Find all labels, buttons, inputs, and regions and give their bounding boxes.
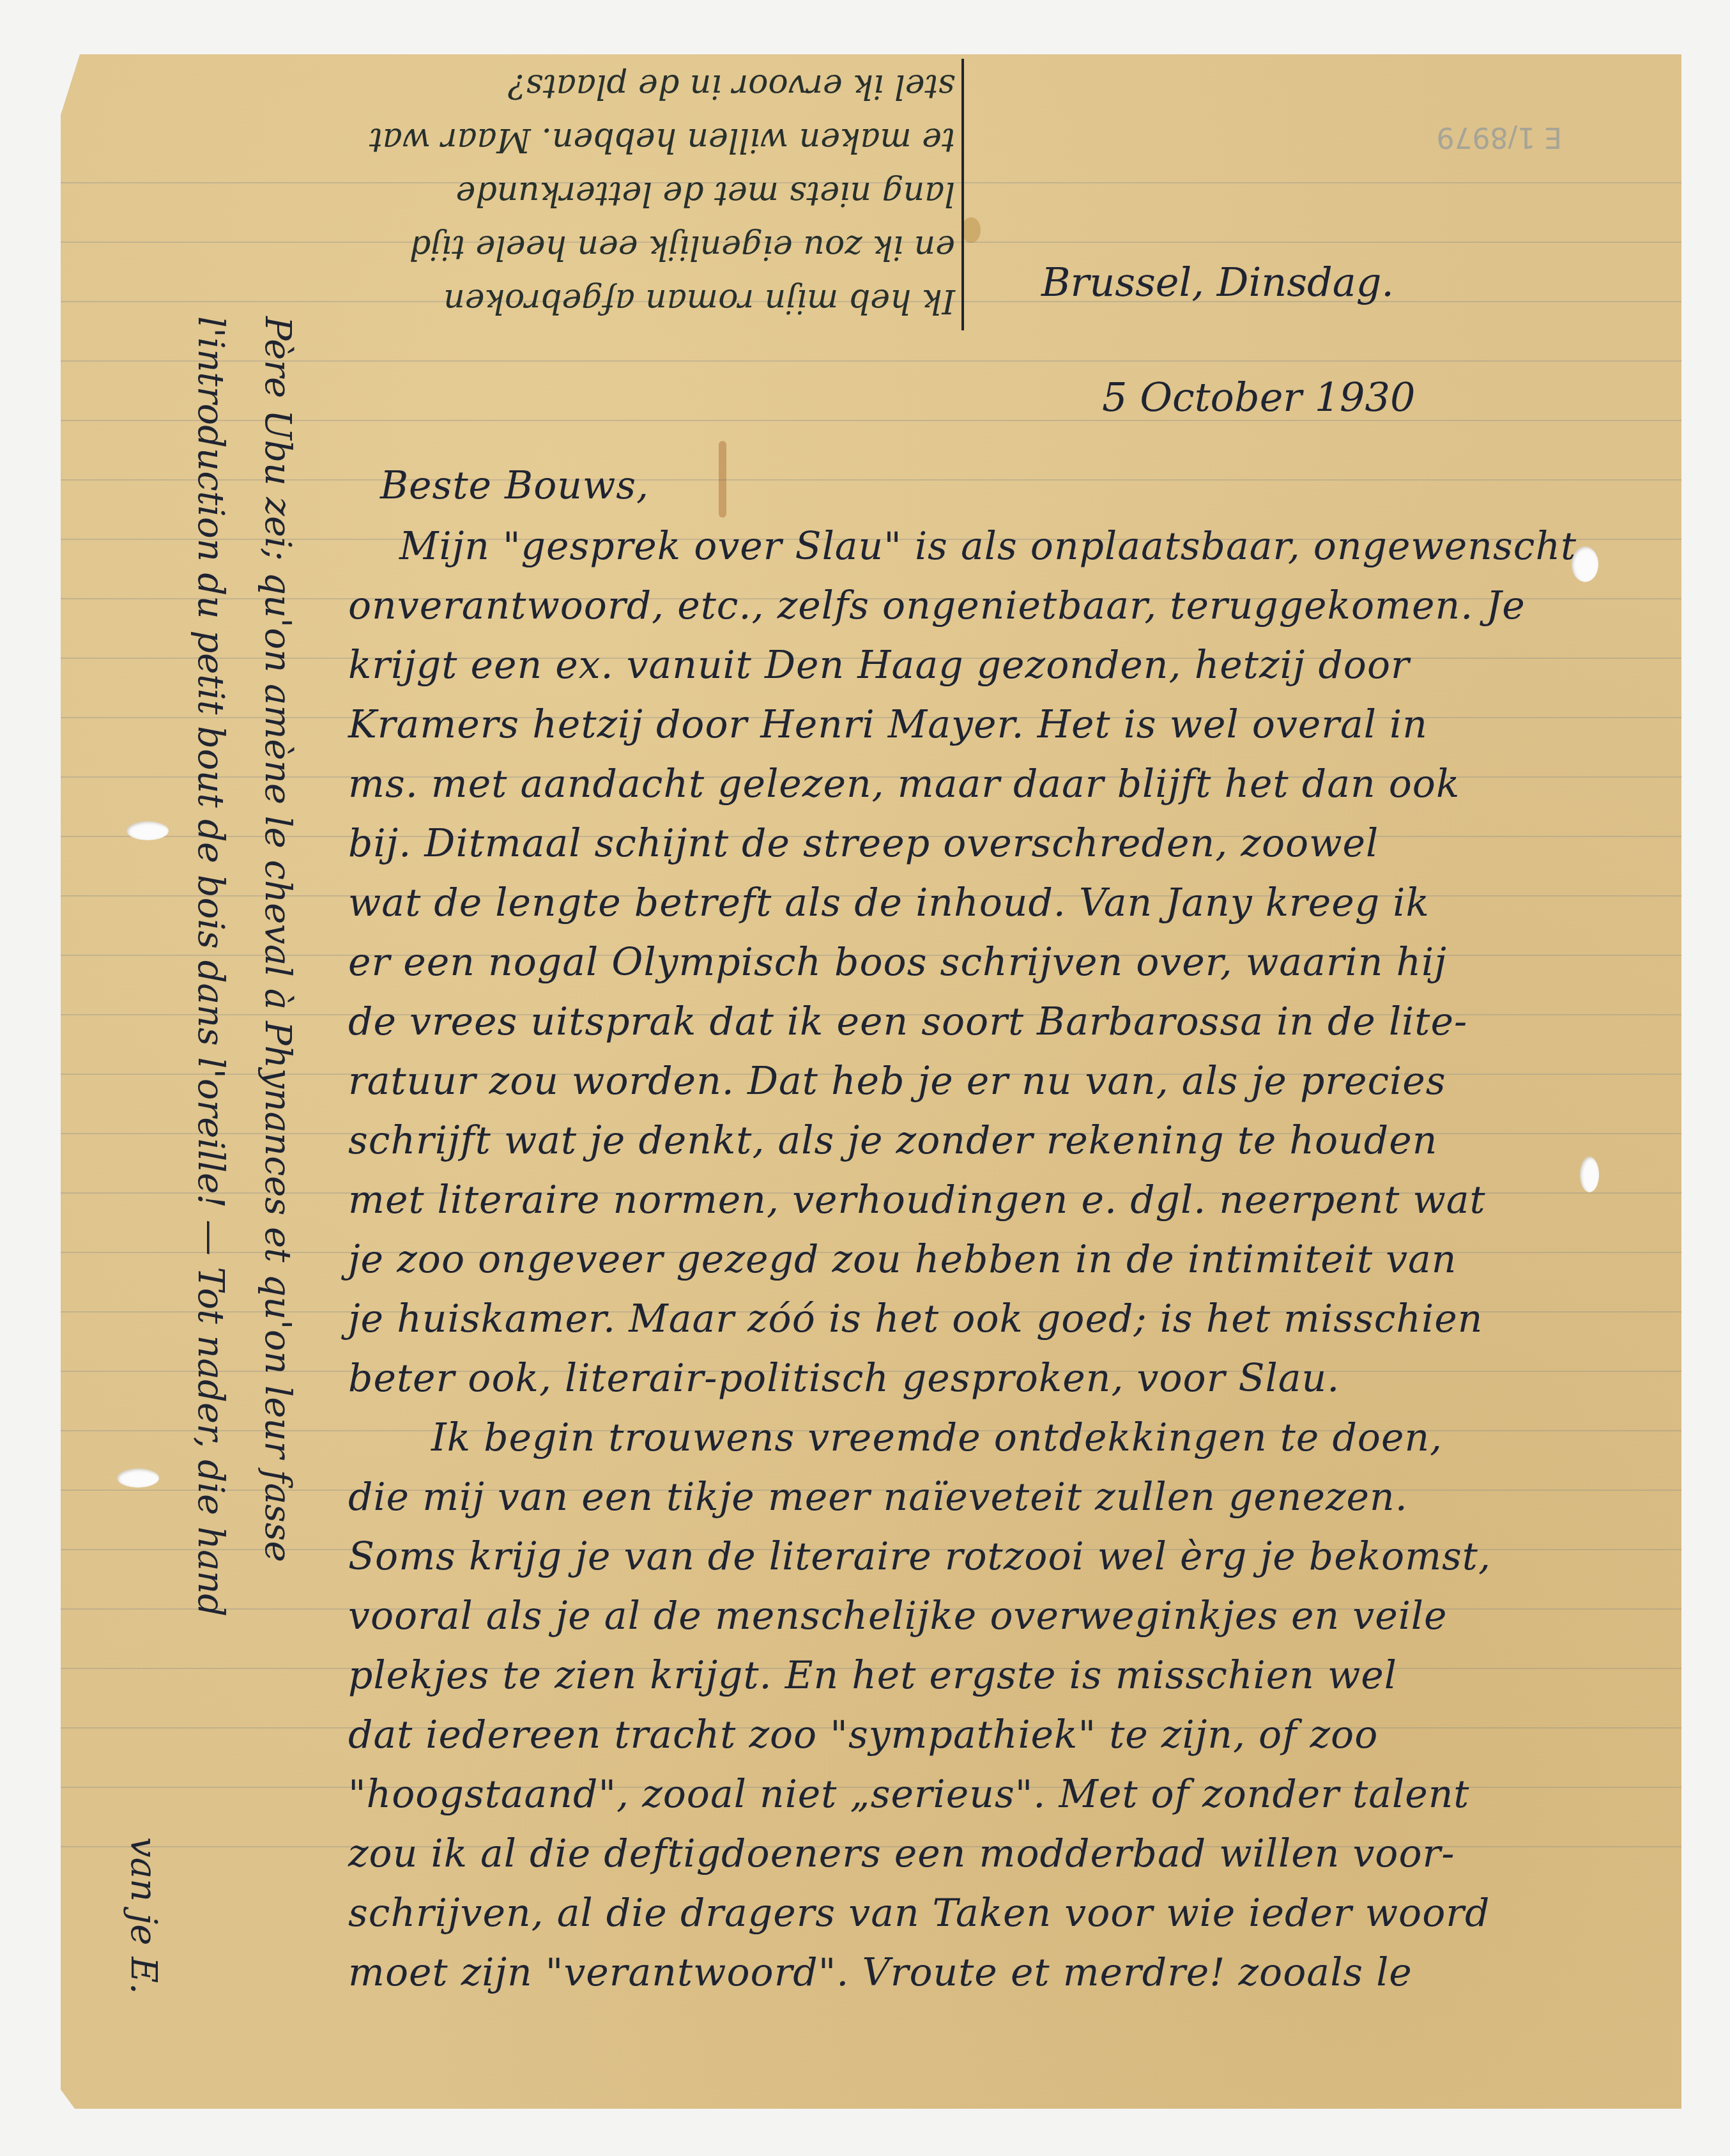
note-divider-line [961, 59, 964, 330]
body-line: vooral als je al de menschelijke overweg… [348, 1594, 1448, 1638]
note-line: lang niets met de letterkunde [323, 167, 955, 220]
body-line: die mij van een tikje meer naïeveteit zu… [348, 1475, 1408, 1520]
margin-line: l'introduction du petit bout de bois dan… [177, 316, 244, 2125]
body-line: beter ook, literair-politisch gesproken,… [348, 1356, 1340, 1401]
place-day: Brussel, Dinsdag. [1041, 259, 1394, 305]
punch-hole [117, 1468, 159, 1488]
body-line: plekjes te zien krijgt. En het ergste is… [348, 1653, 1397, 1698]
body-line: Ik begin trouwens vreemde ontdekkingen t… [431, 1415, 1443, 1460]
body-line: onverantwoord, etc., zelfs ongenietbaar,… [348, 583, 1526, 628]
body-line: met literaire normen, verhoudingen e. dg… [348, 1178, 1486, 1222]
body-line: Soms krijg je van de literaire rotzooi w… [348, 1534, 1491, 1579]
body-line: bij. Ditmaal schijnt de streep overschre… [348, 821, 1379, 866]
punch-hole [126, 821, 169, 840]
upside-down-note: Ik heb mijn roman afgebroken en ik zou e… [323, 59, 955, 328]
body-line: ratuur zou worden. Dat heb je er nu van,… [348, 1059, 1446, 1104]
body-line: schrijft wat je denkt, als je zonder rek… [348, 1118, 1437, 1163]
body-line: dat iedereen tracht zoo "sympathiek" te … [348, 1713, 1378, 1757]
archive-stamp: E 1/8979 [1434, 96, 1562, 153]
body-line: de vrees uitsprak dat ik een soort Barba… [348, 999, 1467, 1044]
body-line: zou ik al die deftigdoeners een modderba… [348, 1831, 1455, 1876]
signature: van je E. [110, 316, 177, 2125]
body-line: Kramers hetzij door Henri Mayer. Het is … [348, 702, 1428, 747]
body-line: er een nogal Olympisch boos schrijven ov… [348, 940, 1447, 985]
body-line: ms. met aandacht gelezen, maar daar blij… [348, 762, 1460, 806]
body-line: krijgt een ex. vanuit Den Haag gezonden,… [348, 643, 1410, 688]
punch-hole [1572, 546, 1598, 582]
body-line: schrijven, al die dragers van Taken voor… [348, 1891, 1490, 1936]
body-line: Mijn "gesprek over Slau" is als onplaats… [399, 524, 1577, 569]
body-line: "hoogstaand", zooal niet „serieus". Met … [348, 1772, 1469, 1817]
stain [961, 217, 981, 243]
salutation: Beste Bouws, [380, 463, 649, 508]
margin-line: Père Ubu zei; qu'on amène le cheval à Ph… [244, 316, 311, 2125]
body-line: wat de lengte betreft als de inhoud. Van… [348, 881, 1430, 925]
margin-note: Père Ubu zei; qu'on amène le cheval à Ph… [119, 316, 311, 2125]
letter-date: 5 October 1930 [1102, 374, 1415, 420]
body-line: je zoo ongeveer gezegd zou hebben in de … [348, 1237, 1457, 1282]
body-line: je huiskamer. Maar zóó is het ook goed; … [348, 1297, 1483, 1341]
letter-paper: E 1/8979 Ik heb mijn roman afgebroken en… [61, 54, 1681, 2109]
rust-stain [719, 441, 726, 518]
note-line: te maken willen hebben. Maar wat [323, 113, 955, 167]
note-line: en ik zou eigenlijk een heele tijd [323, 220, 955, 274]
punch-hole [1580, 1157, 1599, 1192]
note-line: Ik heb mijn roman afgebroken [323, 274, 955, 328]
body-line: moet zijn "verantwoord". Vroute et merdr… [348, 1950, 1412, 1995]
note-line: stel ik ervoor in de plaats? [323, 59, 955, 113]
